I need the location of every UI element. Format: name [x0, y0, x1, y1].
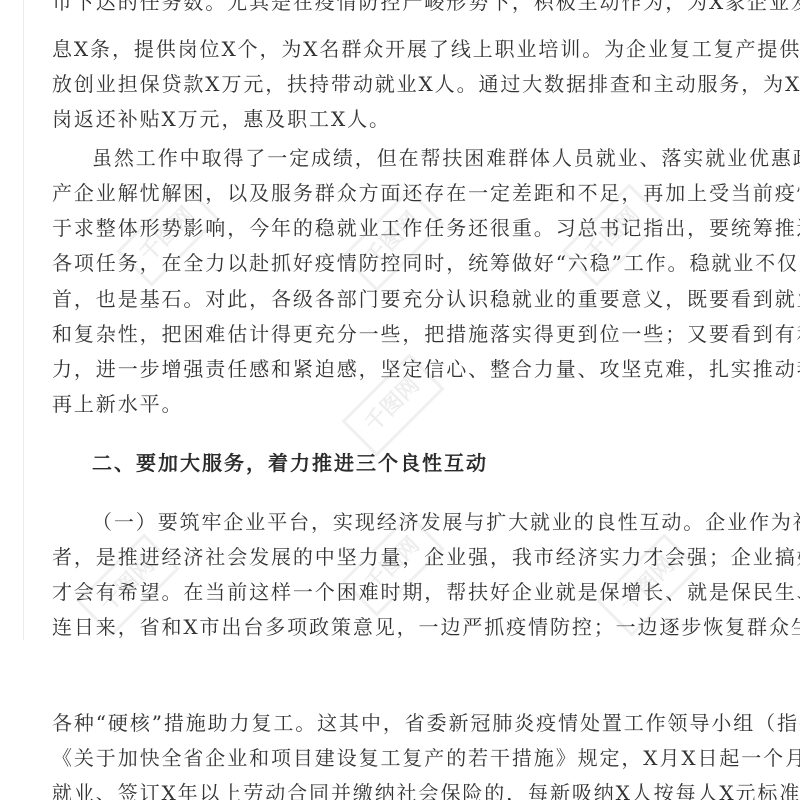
text-line: 各项任务，在全力以赴抓好疫情防控同时，统筹做好“六稳”工作。稳就业不仅是“六稳”… — [52, 251, 772, 275]
text-line: 首，也是基石。对此，各级各部门要充分认识稳就业的重要意义，既要看到就业形势的严峻… — [52, 287, 772, 311]
text-line: 再上新水平。 — [52, 392, 772, 416]
section-heading: 二、要加大服务，着力推进三个良性互动 — [92, 451, 772, 475]
text-line: 产企业解忧解困，以及服务群众方面还存在一定差距和不足，再加上受当前疫情和劳动力供… — [52, 181, 772, 205]
text-line: 市下达的任务数。尤其是在疫情防控严峻形势下，积极主动作为，为X家企业发布线上招聘… — [52, 0, 772, 14]
text-line: 于求整体形势影响，今年的稳就业工作任务还很重。习总书记指出，要统筹推进经济社会发… — [52, 216, 772, 240]
text-line: 和复杂性，把困难估计得更充分一些，把措施落实得更到位一些；又要看到有利条件和发展… — [52, 322, 772, 346]
text-line: 者，是推进经济社会发展的中坚力量，企业强，我市经济实力才会强；企业搞好了，我市就… — [52, 545, 772, 569]
text-line: 放创业担保贷款X万元，扶持带动就业X人。通过大数据排查和主动服务，为X家企业申请… — [52, 72, 772, 96]
text-line: 各种“硬核”措施助力复工。这其中，省委新冠肺炎疫情处置工作领导小组（指挥部）印发… — [52, 711, 772, 735]
text-line: 息X条，提供岗位X个，为X名群众开展了线上职业培训。为企业复工复产提供资金支持，… — [52, 37, 772, 61]
text-line: 才会有希望。在当前这样一个困难时期，帮扶好企业就是保增长、就是保民生、就是保稳定… — [52, 580, 772, 604]
text-line: 就业、签订X年以上劳动合同并缴纳社会保险的，每新吸纳X人按每人X元标准给予一次性… — [52, 781, 772, 800]
text-line: （一）要筑牢企业平台，实现经济发展与扩大就业的良性互动。企业作为社会财富的创造 — [92, 510, 772, 534]
text-line: 力，进一步增强责任感和紧迫感，坚定信心、整合力量、攻坚克难，扎实推动我市稳就业工… — [52, 357, 772, 381]
text-line: 《关于加快全省企业和项目建设复工复产的若干措施》规定，X月X日起一个月内复工新吸… — [52, 746, 772, 770]
text-line: 虽然工作中取得了一定成绩，但在帮扶困难群体人员就业、落实就业优惠政策、为复工复 — [92, 146, 772, 170]
page-edge-line — [23, 0, 24, 640]
text-line: 岗返还补贴X万元，惠及职工X人。 — [52, 107, 772, 131]
text-line: 连日来，省和X市出台多项政策意见，一边严抓疫情防控；一边逐步恢复群众生活生产，采… — [52, 615, 772, 639]
